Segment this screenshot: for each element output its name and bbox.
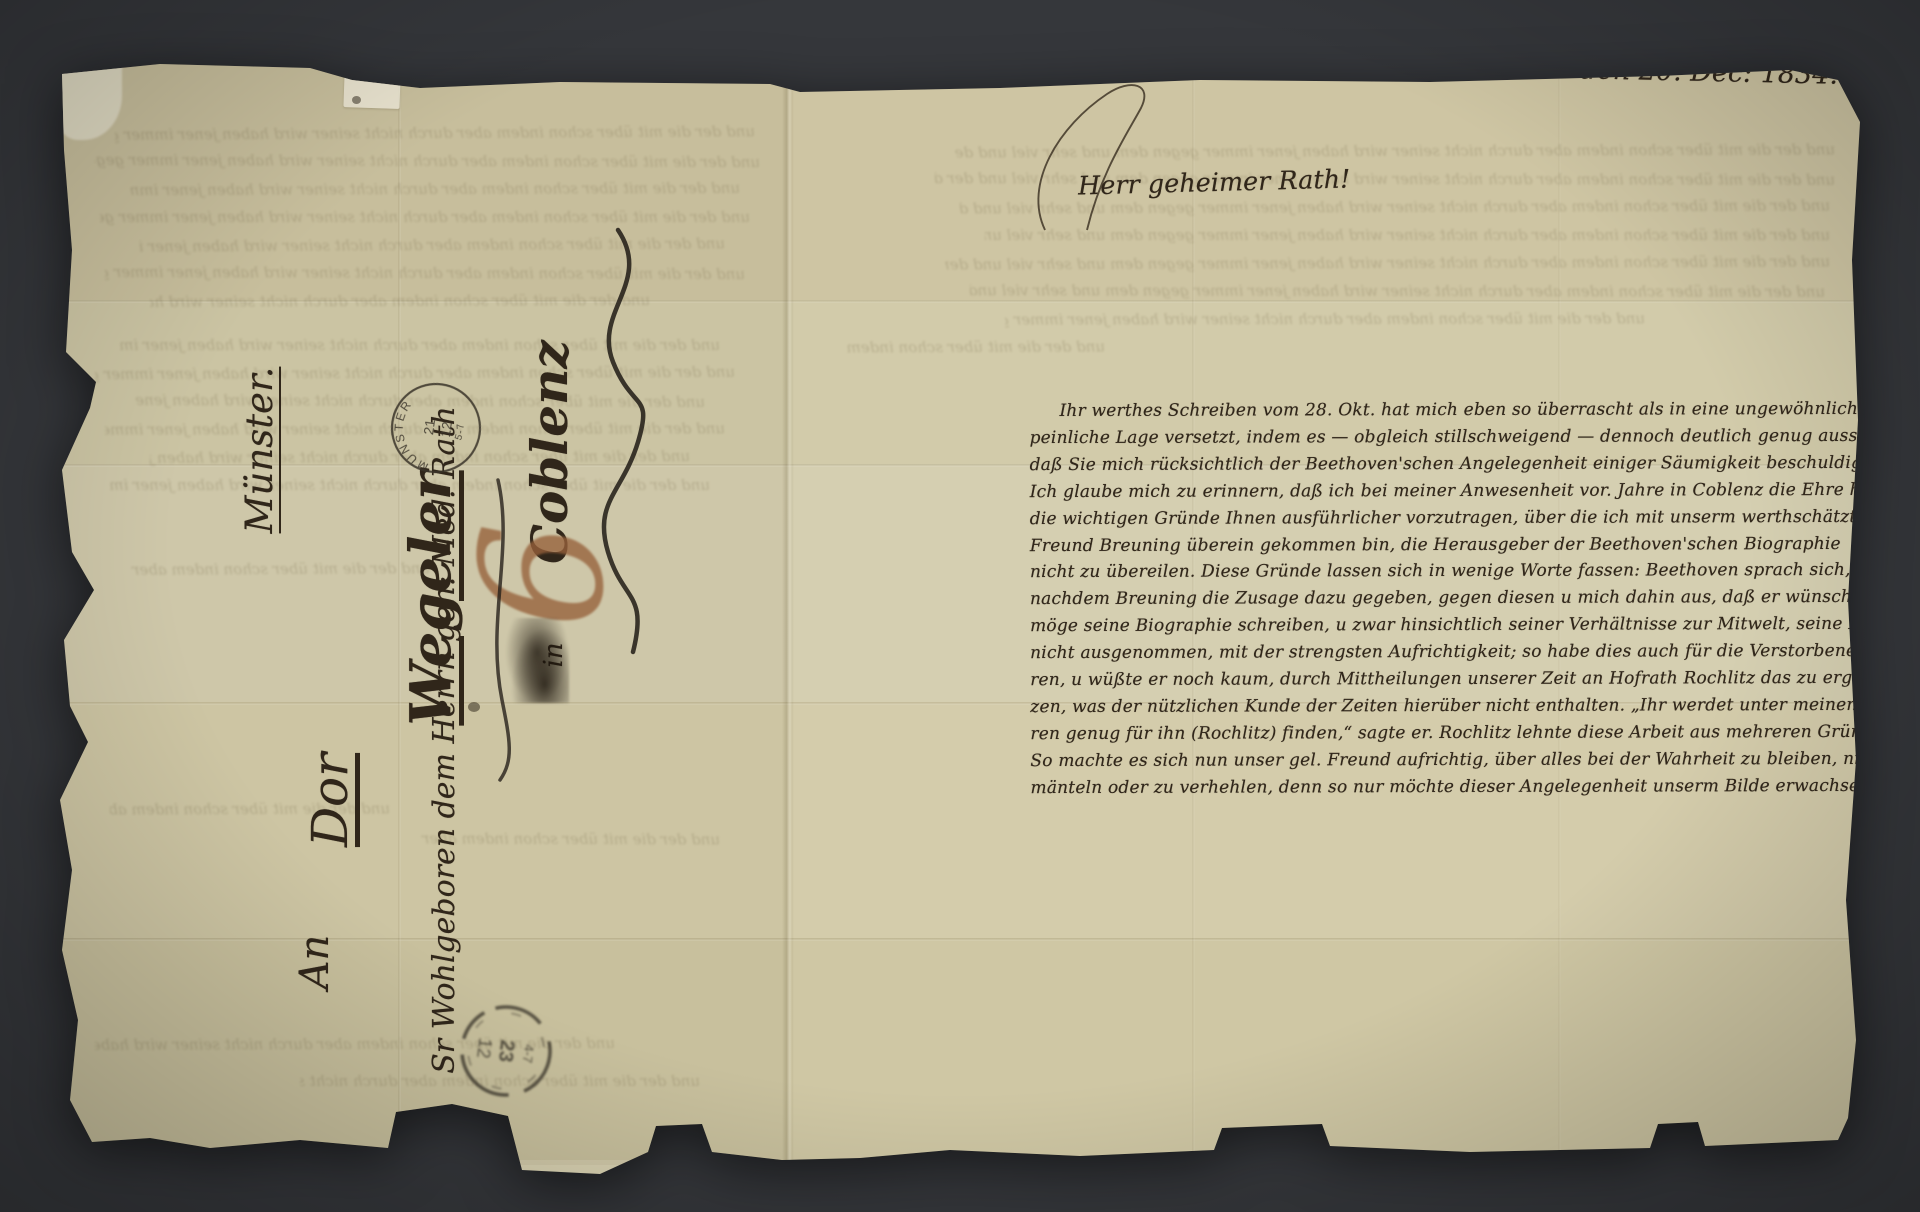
chalk-rate-mark: 6 — [445, 500, 615, 650]
bleedthrough-line: und der die mit über schon indem aber du… — [945, 252, 1830, 275]
bleedthrough-line: und der die mit über schon indem aber du… — [105, 263, 745, 285]
bleedthrough-line: und der die mit über schon indem aber du… — [985, 226, 1830, 246]
letter-sheet-wrapper: und der die mit über schon indem aber du… — [0, 0, 1920, 1212]
bleedthrough-line: und der die mit über schon indem aber du… — [95, 151, 760, 173]
body-line: nicht ausgenommen, mit der strengsten Au… — [1030, 638, 1862, 667]
address-honorific: Sr Wohlgeboren dem Herrn geh: Med: Rath — [427, 330, 483, 1150]
bleedthrough-line: und der die mit über schon indem aber du… — [130, 179, 740, 201]
address-intro: An — [292, 907, 352, 1017]
bleedthrough-line: und der die mit über schon indem aber du… — [150, 447, 690, 469]
bleedthrough-line: und der die mit über schon indem aber du… — [95, 363, 735, 385]
bleedthrough-line: und der die mit über schon indem aber du… — [105, 419, 725, 440]
bleedthrough-line: und der die mit über schon indem aber du… — [970, 281, 1825, 302]
bleedthrough-line: und der die mit über schon indem aber du… — [120, 336, 720, 356]
bleedthrough-line: und der die mit über schon indem aber du… — [135, 391, 705, 413]
bleedthrough-line: und der die mit über schon indem aber du… — [955, 140, 1835, 163]
bleedthrough-line: und der die mit über schon indem aber du… — [115, 122, 755, 145]
body-line: nachdem Breuning die Zusage dazu gegeben… — [1030, 584, 1862, 613]
body-line: peinliche Lage versetzt, indem es — obgl… — [1030, 423, 1862, 452]
bleedthrough-line: und der die mit über schon indem aber du… — [300, 1072, 700, 1092]
body-line: Ihr werthes Schreiben vom 28. Okt. hat m… — [1029, 396, 1861, 425]
body-text: Ihr werthes Schreiben vom 28. Okt. hat m… — [1029, 396, 1862, 802]
fold-crease-horizontal — [60, 300, 1856, 303]
bleedthrough-line: und der die mit über schon indem aber du… — [1005, 309, 1645, 330]
body-line: Ich glaube mich zu erinnern, daß ich bei… — [1030, 477, 1862, 506]
origin-note: Münster. — [238, 295, 286, 605]
body-line: mänteln oder zu verhehlen, denn so nur m… — [1030, 773, 1862, 802]
bleedthrough-line: und der die mit über schon indem aber du… — [935, 169, 1835, 191]
ink-speck — [468, 702, 480, 712]
bleedthrough-line: und der die mit über schon indem aber du… — [150, 291, 650, 313]
arrival-hours: 4-7 — [520, 1043, 537, 1063]
address-name-title: Dor — [301, 730, 371, 870]
body-line: möge seine Biographie schreiben, u zwar … — [1030, 611, 1862, 640]
body-line: So machte es sich nun unser gel. Freund … — [1030, 746, 1862, 775]
body-line: daß Sie mich rücksichtlich der Beethoven… — [1030, 450, 1862, 479]
center-fold — [782, 60, 794, 1165]
body-line: Freund Breuning überein gekommen bin, di… — [1030, 530, 1862, 559]
letter-sheet: und der die mit über schon indem aber du… — [0, 0, 1920, 1212]
torn-corner-highlight — [58, 66, 122, 140]
bleedthrough-line: und der die mit über schon indem aber du… — [845, 338, 1105, 359]
body-line: ren, u wüßte er noch kaum, durch Mitthei… — [1030, 665, 1862, 694]
bleedthrough-line: und der die mit über schon indem aber du… — [100, 208, 750, 228]
salutation: Herr geheimer Rath! — [1078, 164, 1351, 201]
tape-remnant — [343, 73, 400, 109]
body-line: die wichtigen Gründe Ihnen ausführlicher… — [1030, 504, 1862, 533]
paper-tone-band — [55, 60, 1863, 300]
bleedthrough-line: und der die mit über schon indem aber du… — [140, 234, 725, 257]
photo-backdrop: { "colors": { "backdrop": "#35373b", "pa… — [0, 0, 1920, 1212]
bleedthrough-line: und der die mit über schon indem aber du… — [95, 1034, 615, 1056]
arrival-day: 23 — [494, 1039, 519, 1064]
dateline: Münster den 20. Dec: 1834. — [1455, 52, 1866, 92]
body-line: nicht zu übereilen. Diese Gründe lassen … — [1030, 557, 1862, 586]
body-line: zen, was der nützlichen Kunde der Zeiten… — [1030, 692, 1862, 721]
salutation-flourish — [1015, 72, 1215, 237]
body-line: ren genug für ihn (Rochlitz) finden,“ sa… — [1030, 719, 1862, 748]
ink-speck — [352, 96, 361, 104]
